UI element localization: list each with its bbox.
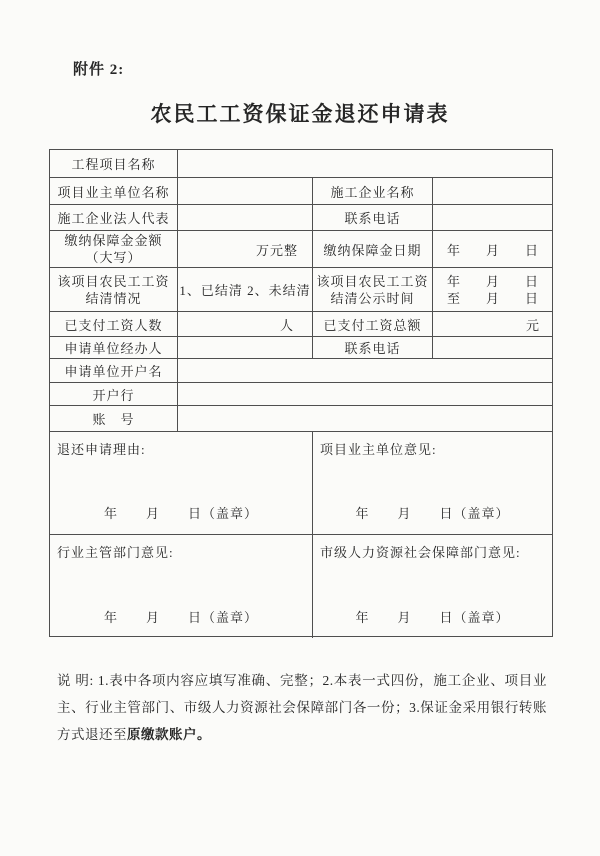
value-project-name: [178, 150, 552, 177]
value-bank-name: [178, 383, 552, 405]
application-form-table: 工程项目名称 项目业主单位名称 施工企业名称 施工企业法人代表 联系电话 缴纳保…: [49, 149, 553, 637]
value-deposit-amount-unit: 万元整: [178, 231, 313, 267]
hr-dept-date-line: 年 月 日（盖章）: [313, 607, 552, 626]
label-deposit-amount: 缴纳保障金金额 （大写）: [50, 231, 178, 267]
value-paid-wage-headcount-unit: 人: [178, 312, 313, 336]
label-settlement-publicity-time-line1: 该项目农民工工资: [316, 273, 428, 290]
value-contact-phone-1: [433, 205, 552, 230]
label-wage-settlement-status-line1: 该项目农民工工资: [57, 273, 169, 290]
owner-opinion-label: 项目业主单位意见:: [320, 439, 437, 458]
section-owner-opinion: 项目业主单位意见: 年 月 日（盖章）: [313, 432, 552, 534]
value-account-number: [178, 406, 552, 431]
label-construction-enterprise-name: 施工企业名称: [313, 178, 433, 204]
note-bold-suffix: 原缴款账户。: [127, 727, 211, 742]
refund-reason-label: 退还申请理由:: [57, 439, 146, 458]
instructions-note: 说 明: 1.表中各项内容应填写准确、完整；2.本表一式四份，施工企业、项目业主…: [57, 667, 547, 748]
label-contact-phone-1: 联系电话: [313, 205, 433, 230]
label-owner-unit-name: 项目业主单位名称: [50, 178, 178, 204]
label-deposit-amount-line2: （大写）: [85, 249, 141, 266]
section-industry-dept-opinion: 行业主管部门意见: 年 月 日（盖章）: [50, 535, 313, 638]
owner-opinion-date-line: 年 月 日（盖章）: [313, 503, 552, 522]
industry-dept-opinion-label: 行业主管部门意见:: [57, 542, 174, 561]
label-legal-representative: 施工企业法人代表: [50, 205, 178, 230]
value-owner-unit-name: [178, 178, 313, 204]
label-bank-name: 开户行: [50, 383, 178, 405]
hr-dept-opinion-label: 市级人力资源社会保障部门意见:: [320, 542, 521, 561]
table-row: 申请单位开户名: [50, 359, 552, 383]
value-deposit-date: 年 月 日: [433, 231, 552, 267]
value-settlement-publicity-time-line1: 年 月 日: [447, 273, 538, 290]
value-legal-representative: [178, 205, 313, 230]
page-title: 农民工工资保证金退还申请表: [10, 98, 590, 128]
attachment-label: 附件 2:: [73, 58, 124, 79]
label-contact-phone-2: 联系电话: [313, 337, 433, 358]
value-construction-enterprise-name: [433, 178, 552, 204]
label-deposit-amount-line1: 缴纳保障金金额: [64, 232, 162, 249]
value-contact-phone-2: [433, 337, 552, 358]
table-row: 工程项目名称: [50, 150, 552, 178]
value-applicant-account-name: [178, 359, 552, 382]
section-refund-reason: 退还申请理由: 年 月 日（盖章）: [50, 432, 313, 534]
label-project-name: 工程项目名称: [50, 150, 178, 177]
label-paid-wage-total: 已支付工资总额: [313, 312, 433, 336]
value-wage-settlement-options: 1、已结清 2、未结清: [178, 268, 313, 311]
note-prefix: 说 明:: [57, 673, 98, 688]
refund-reason-date-line: 年 月 日（盖章）: [50, 503, 312, 522]
opinion-row: 退还申请理由: 年 月 日（盖章） 项目业主单位意见: 年 月 日（盖章）: [50, 432, 552, 535]
section-hr-dept-opinion: 市级人力资源社会保障部门意见: 年 月 日（盖章）: [313, 535, 552, 638]
table-row: 施工企业法人代表 联系电话: [50, 205, 552, 231]
label-wage-settlement-status-line2: 结清情况: [85, 290, 141, 307]
table-row: 缴纳保障金金额 （大写） 万元整 缴纳保障金日期 年 月 日: [50, 231, 552, 268]
label-applicant-handler: 申请单位经办人: [50, 337, 178, 358]
table-row: 该项目农民工工资 结清情况 1、已结清 2、未结清 该项目农民工工资 结清公示时…: [50, 268, 552, 312]
label-applicant-account-name: 申请单位开户名: [50, 359, 178, 382]
label-deposit-date: 缴纳保障金日期: [313, 231, 433, 267]
industry-dept-date-line: 年 月 日（盖章）: [50, 607, 312, 626]
scanned-form-page: 附件 2: 农民工工资保证金退还申请表 工程项目名称 项目业主单位名称 施工企业…: [0, 0, 600, 856]
label-account-number: 账 号: [50, 406, 178, 431]
label-settlement-publicity-time-line2: 结清公示时间: [330, 290, 414, 307]
table-row: 开户行: [50, 383, 552, 406]
value-settlement-publicity-time: 年 月 日 至 月 日: [433, 268, 552, 311]
value-applicant-handler: [178, 337, 313, 358]
opinion-row: 行业主管部门意见: 年 月 日（盖章） 市级人力资源社会保障部门意见: 年 月 …: [50, 535, 552, 638]
label-paid-wage-headcount: 已支付工资人数: [50, 312, 178, 336]
table-row: 已支付工资人数 人 已支付工资总额 元: [50, 312, 552, 337]
table-row: 项目业主单位名称 施工企业名称: [50, 178, 552, 205]
table-row: 申请单位经办人 联系电话: [50, 337, 552, 359]
value-settlement-publicity-time-line2: 至 月 日: [447, 290, 538, 307]
label-wage-settlement-status: 该项目农民工工资 结清情况: [50, 268, 178, 311]
label-settlement-publicity-time: 该项目农民工工资 结清公示时间: [313, 268, 433, 311]
value-paid-wage-total-unit: 元: [433, 312, 552, 336]
table-row: 账 号: [50, 406, 552, 432]
